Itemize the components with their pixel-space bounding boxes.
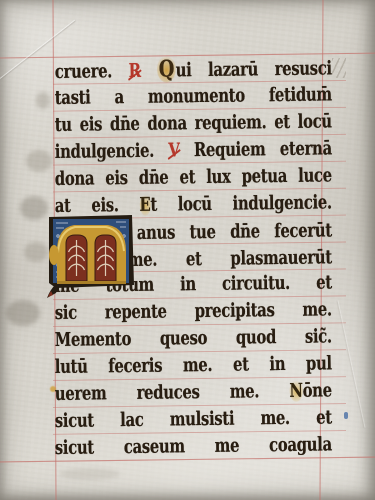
text-segment: sic repente precipitas me.: [55, 299, 332, 325]
text-line-14: sicut lac mulsisti me. et: [55, 404, 332, 435]
text-segment: me. et plasmauerūt: [128, 246, 332, 271]
text-line-3: tu eis dn̄e dona requiem. et locū: [55, 108, 332, 139]
text-segment: M: [55, 329, 71, 351]
text-line-1: cruere. R Qui lazarū resusci: [55, 54, 332, 85]
text-segment: emento queso quod sic̃.: [71, 326, 332, 351]
text-segment: equiem eternā: [206, 137, 332, 161]
text-line-7: anus tue dn̄e fecerūt: [137, 217, 332, 246]
text-line-12: lutū feceris me. et in pul: [55, 351, 332, 382]
text-segment: anus tue dn̄e fecerūt: [137, 219, 332, 244]
text-segment: V: [168, 137, 180, 164]
text-segment: Q: [157, 55, 176, 82]
text-segment: sicut caseum me coagula: [55, 433, 332, 459]
text-segment: E: [139, 193, 150, 215]
text-segment: R: [194, 139, 206, 161]
text-line-10: sic repente precipitas me.: [55, 297, 332, 328]
text-line-11: Memento queso quod sic̃.: [55, 324, 332, 355]
text-segment: N: [289, 380, 303, 402]
text-segment: indulgencie.: [55, 139, 169, 162]
manuscript-leaf-photo: cruere. R Qui lazarū resuscitasti a monu…: [0, 0, 375, 500]
text-line-13: uerem reduces me. Nōne: [55, 378, 332, 409]
text-segment: dona eis dn̄e et lux petua luce: [55, 164, 332, 190]
text-line-5: dona eis dn̄e et lux petua luce: [55, 162, 332, 193]
text-segment: tu eis dn̄e dona requiem. et locū: [55, 110, 332, 136]
text-line-2: tasti a monumento fetidum̄: [55, 81, 332, 112]
text-segment: R: [128, 58, 140, 85]
illuminated-initial-M: [46, 213, 137, 299]
text-segment: ui lazarū resusci: [176, 57, 332, 81]
text-segment: lutū feceris me. et in pul: [55, 353, 332, 379]
text-segment: cruere.: [55, 60, 129, 83]
text-segment: tasti a monumento fetidum̄: [55, 83, 332, 109]
text-segment: [179, 139, 194, 161]
text-line-15: sicut caseum me coagula: [55, 431, 332, 462]
text-segment: sicut lac mulsisti me. et: [55, 406, 332, 432]
text-segment: ōne: [302, 380, 331, 402]
text-segment: [141, 60, 158, 82]
text-segment: uerem reduces me.: [55, 380, 290, 405]
text-segment: t locū indulgencie.: [150, 191, 332, 215]
text-line-4: indulgencie. V Requiem eternā: [55, 135, 332, 166]
